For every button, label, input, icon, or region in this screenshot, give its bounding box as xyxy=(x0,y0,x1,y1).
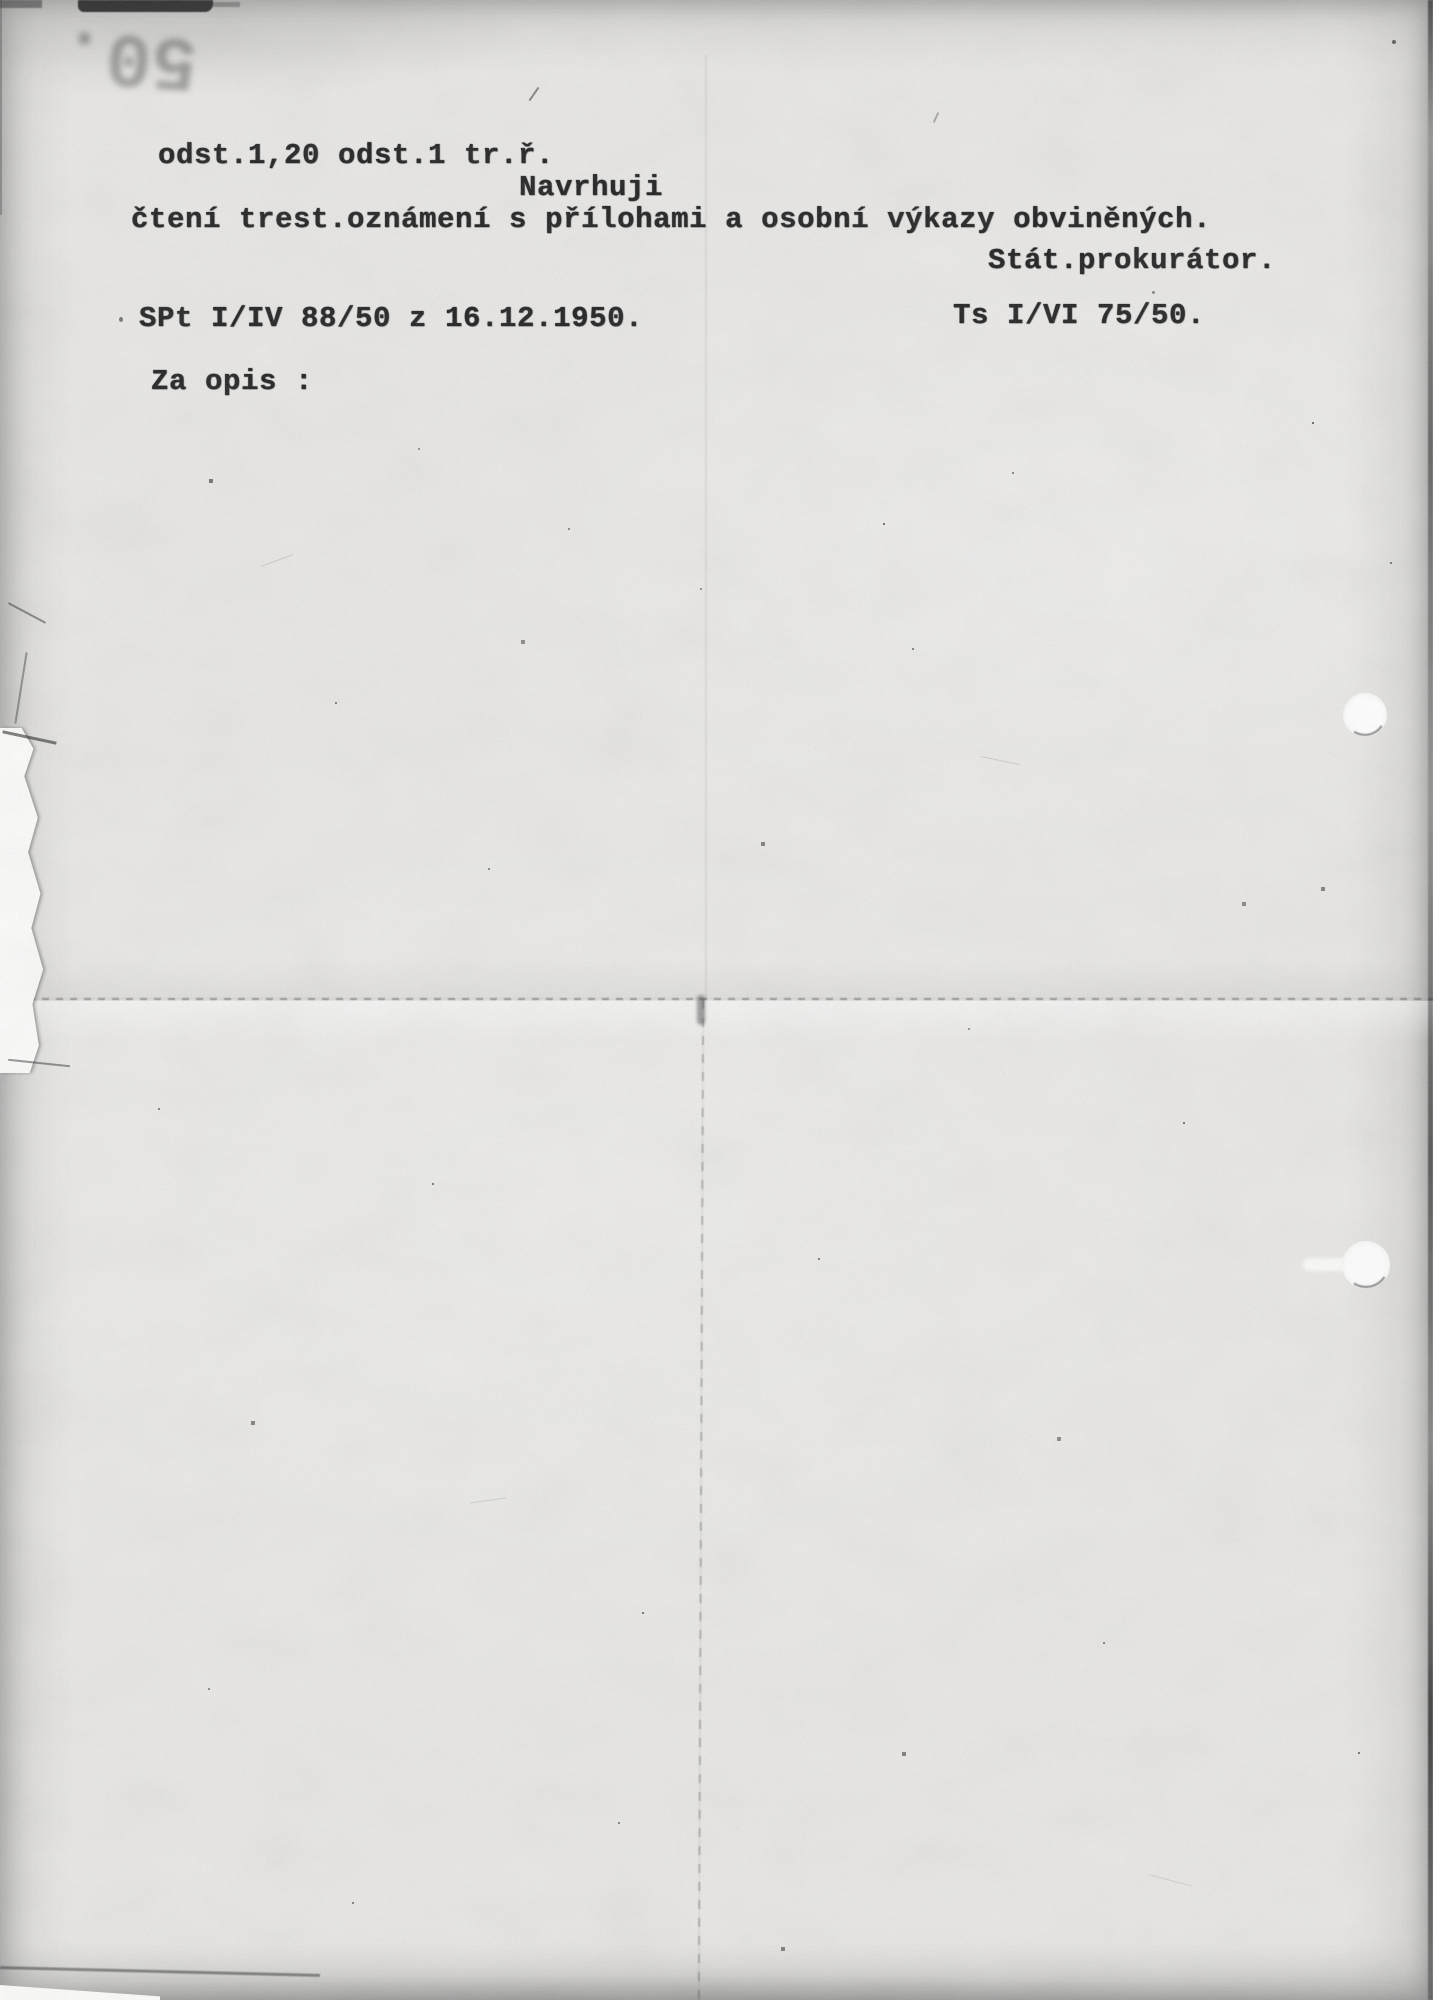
paper-fiber xyxy=(980,756,1019,765)
vertical-fold-crease-upper xyxy=(705,55,707,1000)
top-edge-dark-mark xyxy=(78,0,213,12)
top-edge-dark-mark xyxy=(212,2,240,7)
paper-fiber xyxy=(261,554,293,567)
paper-fiber xyxy=(470,1497,506,1503)
left-edge-tear xyxy=(0,728,54,1073)
bleedthrough-number: 50. xyxy=(31,0,228,113)
punch-hole-top xyxy=(1343,693,1387,737)
typed-line-file-reference-left: SPt I/IV 88/50 z 16.12.1950. xyxy=(139,302,643,336)
stray-dot xyxy=(119,317,123,322)
typed-line-file-reference-right: Ts I/VI 75/50. xyxy=(953,299,1205,333)
stray-mark xyxy=(529,87,540,101)
typed-line-copy-note: Za opis : xyxy=(151,365,313,399)
vertical-fold-crease-lower xyxy=(698,1000,704,2000)
scanned-document-page: 50. odst.1,20 odst.1 tr.ř. Navrhuji čten… xyxy=(0,0,1433,2000)
horizontal-fold-crease xyxy=(0,998,1433,1000)
punch-hole-bottom xyxy=(1342,1241,1390,1289)
stray-mark xyxy=(933,112,939,123)
paper-fiber xyxy=(1151,1875,1192,1887)
fold-intersection-mark xyxy=(697,995,705,1025)
typed-line-signature-title: Stát.prokurátor. xyxy=(988,244,1276,278)
horizontal-fold-shadow xyxy=(0,958,1433,998)
left-edge-crease xyxy=(14,652,27,723)
top-edge-dark-mark xyxy=(0,0,42,8)
typed-line-statute-reference: odst.1,20 odst.1 tr.ř. xyxy=(158,139,554,173)
dust-specks xyxy=(0,0,2,2)
bottom-edge-shadow xyxy=(0,1952,1433,2000)
stray-dot xyxy=(1152,291,1155,294)
left-scan-edge xyxy=(0,0,2,215)
paper-sheet: 50. odst.1,20 odst.1 tr.ř. Navrhuji čten… xyxy=(0,0,1433,2000)
typed-line-proposal-heading: Navrhuji xyxy=(519,171,663,205)
left-edge-crease xyxy=(8,602,46,623)
typed-line-proposal-body: čtení trest.oznámení s přílohami a osobn… xyxy=(131,203,1211,237)
stray-dot xyxy=(1392,40,1396,44)
right-scan-edge xyxy=(1428,0,1433,2000)
horizontal-fold-highlight xyxy=(0,1001,1433,1041)
